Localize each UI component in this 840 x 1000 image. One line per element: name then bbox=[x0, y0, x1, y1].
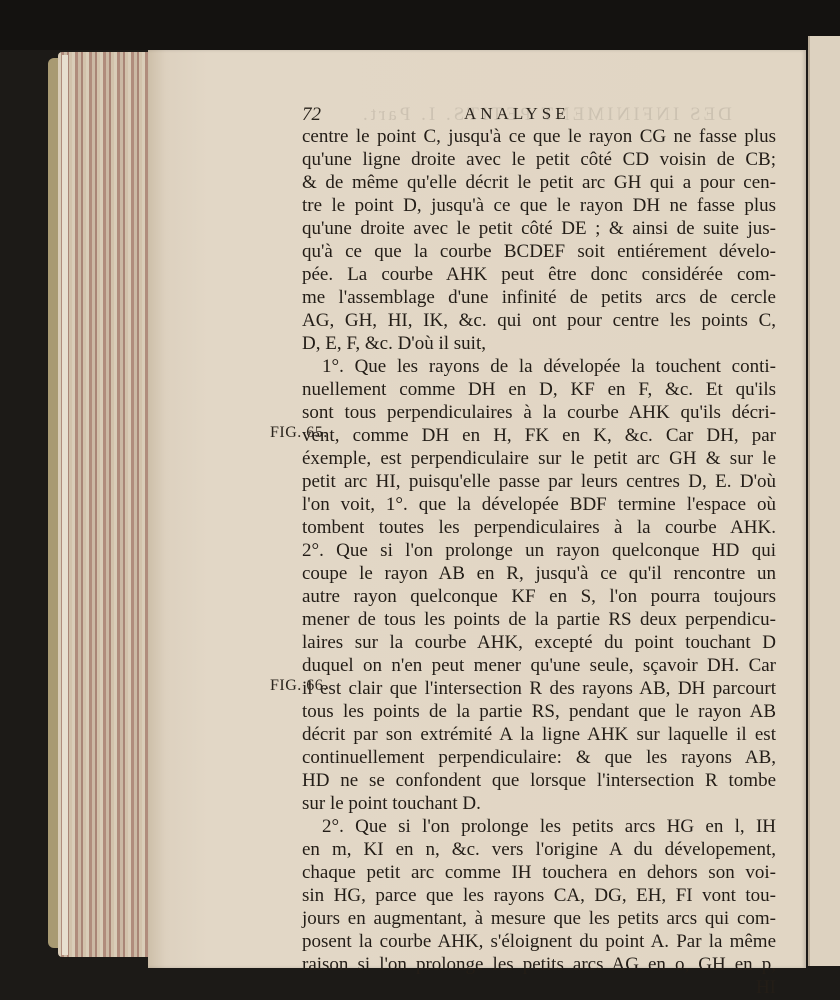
text-line: HD ne se confondent que lorsque l'inters… bbox=[302, 769, 776, 792]
text-line: tous les points de la partie RS, pendant… bbox=[302, 700, 776, 723]
text-line: petit arc HI, puisqu'elle passe par leur… bbox=[302, 470, 776, 493]
text-line: vent, comme DH en H, FK en K, &c. Car DH… bbox=[302, 424, 776, 447]
text-line: l'on voit, 1°. que la dévelopée BDF term… bbox=[302, 493, 776, 516]
page-header: 72 ANALYSE bbox=[302, 104, 772, 126]
text-line: & de même qu'elle décrit le petit arc GH… bbox=[302, 171, 776, 194]
text-line: D, E, F, &c. D'où il suit, bbox=[302, 332, 776, 355]
text-line: 2°. Que si l'on prolonge les petits arcs… bbox=[302, 815, 776, 838]
text-line: éxemple, est perpendiculaire sur le peti… bbox=[302, 447, 776, 470]
text-line: centre le point C, jusqu'à ce que le ray… bbox=[302, 125, 776, 148]
text-line: pée. La courbe AHK peut être donc consid… bbox=[302, 263, 776, 286]
body-text: centre le point C, jusqu'à ce que le ray… bbox=[302, 125, 776, 999]
text-line: décrit par son extrémité A la ligne AHK … bbox=[302, 723, 776, 746]
text-line: me l'assemblage d'une infinité de petits… bbox=[302, 286, 776, 309]
page-fore-edges bbox=[58, 52, 154, 957]
backdrop bbox=[0, 0, 840, 50]
text-line: tombent toutes les perpendiculaires à la… bbox=[302, 516, 776, 539]
text-line: 2°. Que si l'on prolonge un rayon quelco… bbox=[302, 539, 776, 562]
page-number: 72 bbox=[302, 104, 321, 126]
text-line: il est clair que l'intersection R des ra… bbox=[302, 677, 776, 700]
text-line: nuellement comme DH en D, KF en F, &c. E… bbox=[302, 378, 776, 401]
text-line: posent la courbe AHK, s'éloignent du poi… bbox=[302, 930, 776, 953]
text-line: 1°. Que les rayons de la dévelopée la to… bbox=[302, 355, 776, 378]
text-line: sur le point touchant D. bbox=[302, 792, 776, 815]
text-line: qu'une ligne droite avec le petit côté C… bbox=[302, 148, 776, 171]
text-line: raison si l'on prolonge les petits arcs … bbox=[302, 953, 776, 976]
text-line: qu'une droite avec le petit côté DE ; & … bbox=[302, 217, 776, 240]
text-line: qu'à ce que la courbe BCDEF soit entiére… bbox=[302, 240, 776, 263]
page-edge-highlight bbox=[62, 55, 68, 955]
text-line: laires sur la courbe AHK, excepté du poi… bbox=[302, 631, 776, 654]
text-line: sont tous perpendiculaires à la courbe A… bbox=[302, 401, 776, 424]
text-line: duquel on n'en peut mener qu'une seule, … bbox=[302, 654, 776, 677]
text-line: en m, KI en n, &c. vers l'origine A du d… bbox=[302, 838, 776, 861]
text-line: coupe le rayon AB en R, jusqu'à ce qu'il… bbox=[302, 562, 776, 585]
text-line: tre le point D, jusqu'à ce que le rayon … bbox=[302, 194, 776, 217]
facing-page bbox=[808, 36, 840, 966]
text-line: continuellement perpendiculaire: & que l… bbox=[302, 746, 776, 769]
text-line: autre rayon quelconque KF en S, l'on pou… bbox=[302, 585, 776, 608]
text-line: mener de tous les points de la partie RS… bbox=[302, 608, 776, 631]
catchword: HI bbox=[302, 976, 776, 999]
text-line: AG, GH, HI, IK, &c. qui ont pour centre … bbox=[302, 309, 776, 332]
text-line: sin HG, parce que les rayons CA, DG, EH,… bbox=[302, 884, 776, 907]
text-line: chaque petit arc comme IH touchera en de… bbox=[302, 861, 776, 884]
text-line: jours en augmentant, à mesure que les pe… bbox=[302, 907, 776, 930]
running-title: ANALYSE bbox=[464, 104, 570, 124]
